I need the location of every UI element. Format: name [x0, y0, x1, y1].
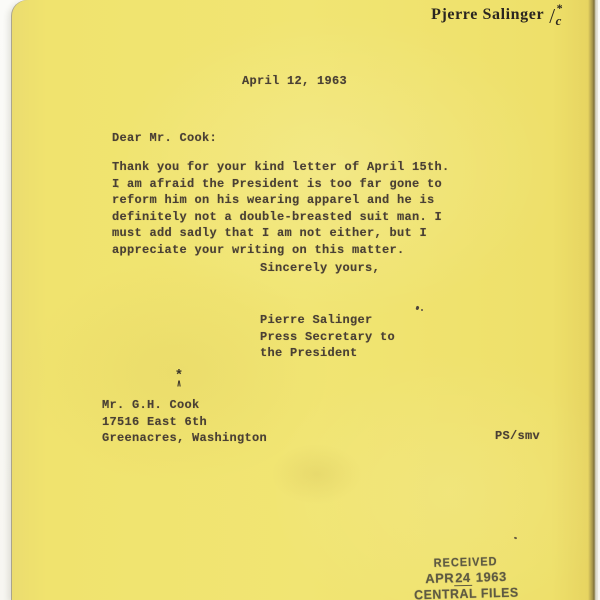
- handwritten-routing-mark: /c*: [549, 4, 562, 29]
- body-line: must add sadly that I am not either, but…: [112, 225, 450, 242]
- letter-date: April 12, 1963: [242, 73, 347, 90]
- body-line: definitely not a double-breasted suit ma…: [112, 209, 450, 226]
- body-line: reform him on his wearing apparel and he…: [112, 192, 450, 209]
- stamp-date: APR24 1963: [406, 568, 526, 586]
- letter-paper: Pjerre Salinger/c* April 12, 1963 Dear M…: [12, 0, 598, 600]
- typist-reference: PS/smv: [495, 428, 540, 445]
- stamp-year: 1963: [476, 569, 507, 585]
- closing: Sincerely yours,: [260, 260, 380, 277]
- stamp-received-text: RECEIVED: [410, 554, 521, 571]
- letter-body: Thank you for your kind letter of April …: [112, 159, 450, 258]
- signature-name: Pierre Salinger: [260, 312, 395, 329]
- recipient-city: Greenacres, Washington: [102, 430, 267, 447]
- stray-ink-mark: [416, 304, 424, 312]
- received-stamp: RECEIVED APR24 1963 CENTRAL FILES: [405, 553, 526, 600]
- salutation: Dear Mr. Cook:: [112, 130, 217, 147]
- signature-block: Pierre Salinger Press Secretary to the P…: [260, 312, 395, 362]
- recipient-street: 17516 East 6th: [102, 414, 267, 431]
- recipient-name: Mr. G.H. Cook: [102, 397, 267, 414]
- stamp-central-files-text: CENTRAL FILES: [409, 585, 523, 600]
- recipient-address-block: Mr. G.H. Cook 17516 East 6th Greenacres,…: [102, 397, 267, 447]
- body-line: I am afraid the President is too far gon…: [112, 176, 450, 193]
- body-line: appreciate your writing on this matter.: [112, 242, 450, 259]
- paper-speck: [117, 186, 119, 188]
- paper-right-edge-shadow: [588, 0, 598, 600]
- body-line: Thank you for your kind letter of April …: [112, 159, 450, 176]
- signature-title-line: the President: [260, 345, 395, 362]
- handwritten-asterisk: *: [557, 1, 564, 16]
- top-right-annotation: Pjerre Salinger/c*: [431, 4, 562, 29]
- stamp-day: 24: [454, 570, 472, 586]
- stamp-month: APR: [425, 570, 454, 586]
- paper-speck: [514, 537, 518, 540]
- insertion-caret: ∧: [173, 380, 185, 389]
- annotation-name: Pjerre Salinger: [431, 6, 544, 23]
- handwritten-insertion-mark: * ∧: [173, 372, 185, 388]
- signature-title-line: Press Secretary to: [260, 329, 395, 346]
